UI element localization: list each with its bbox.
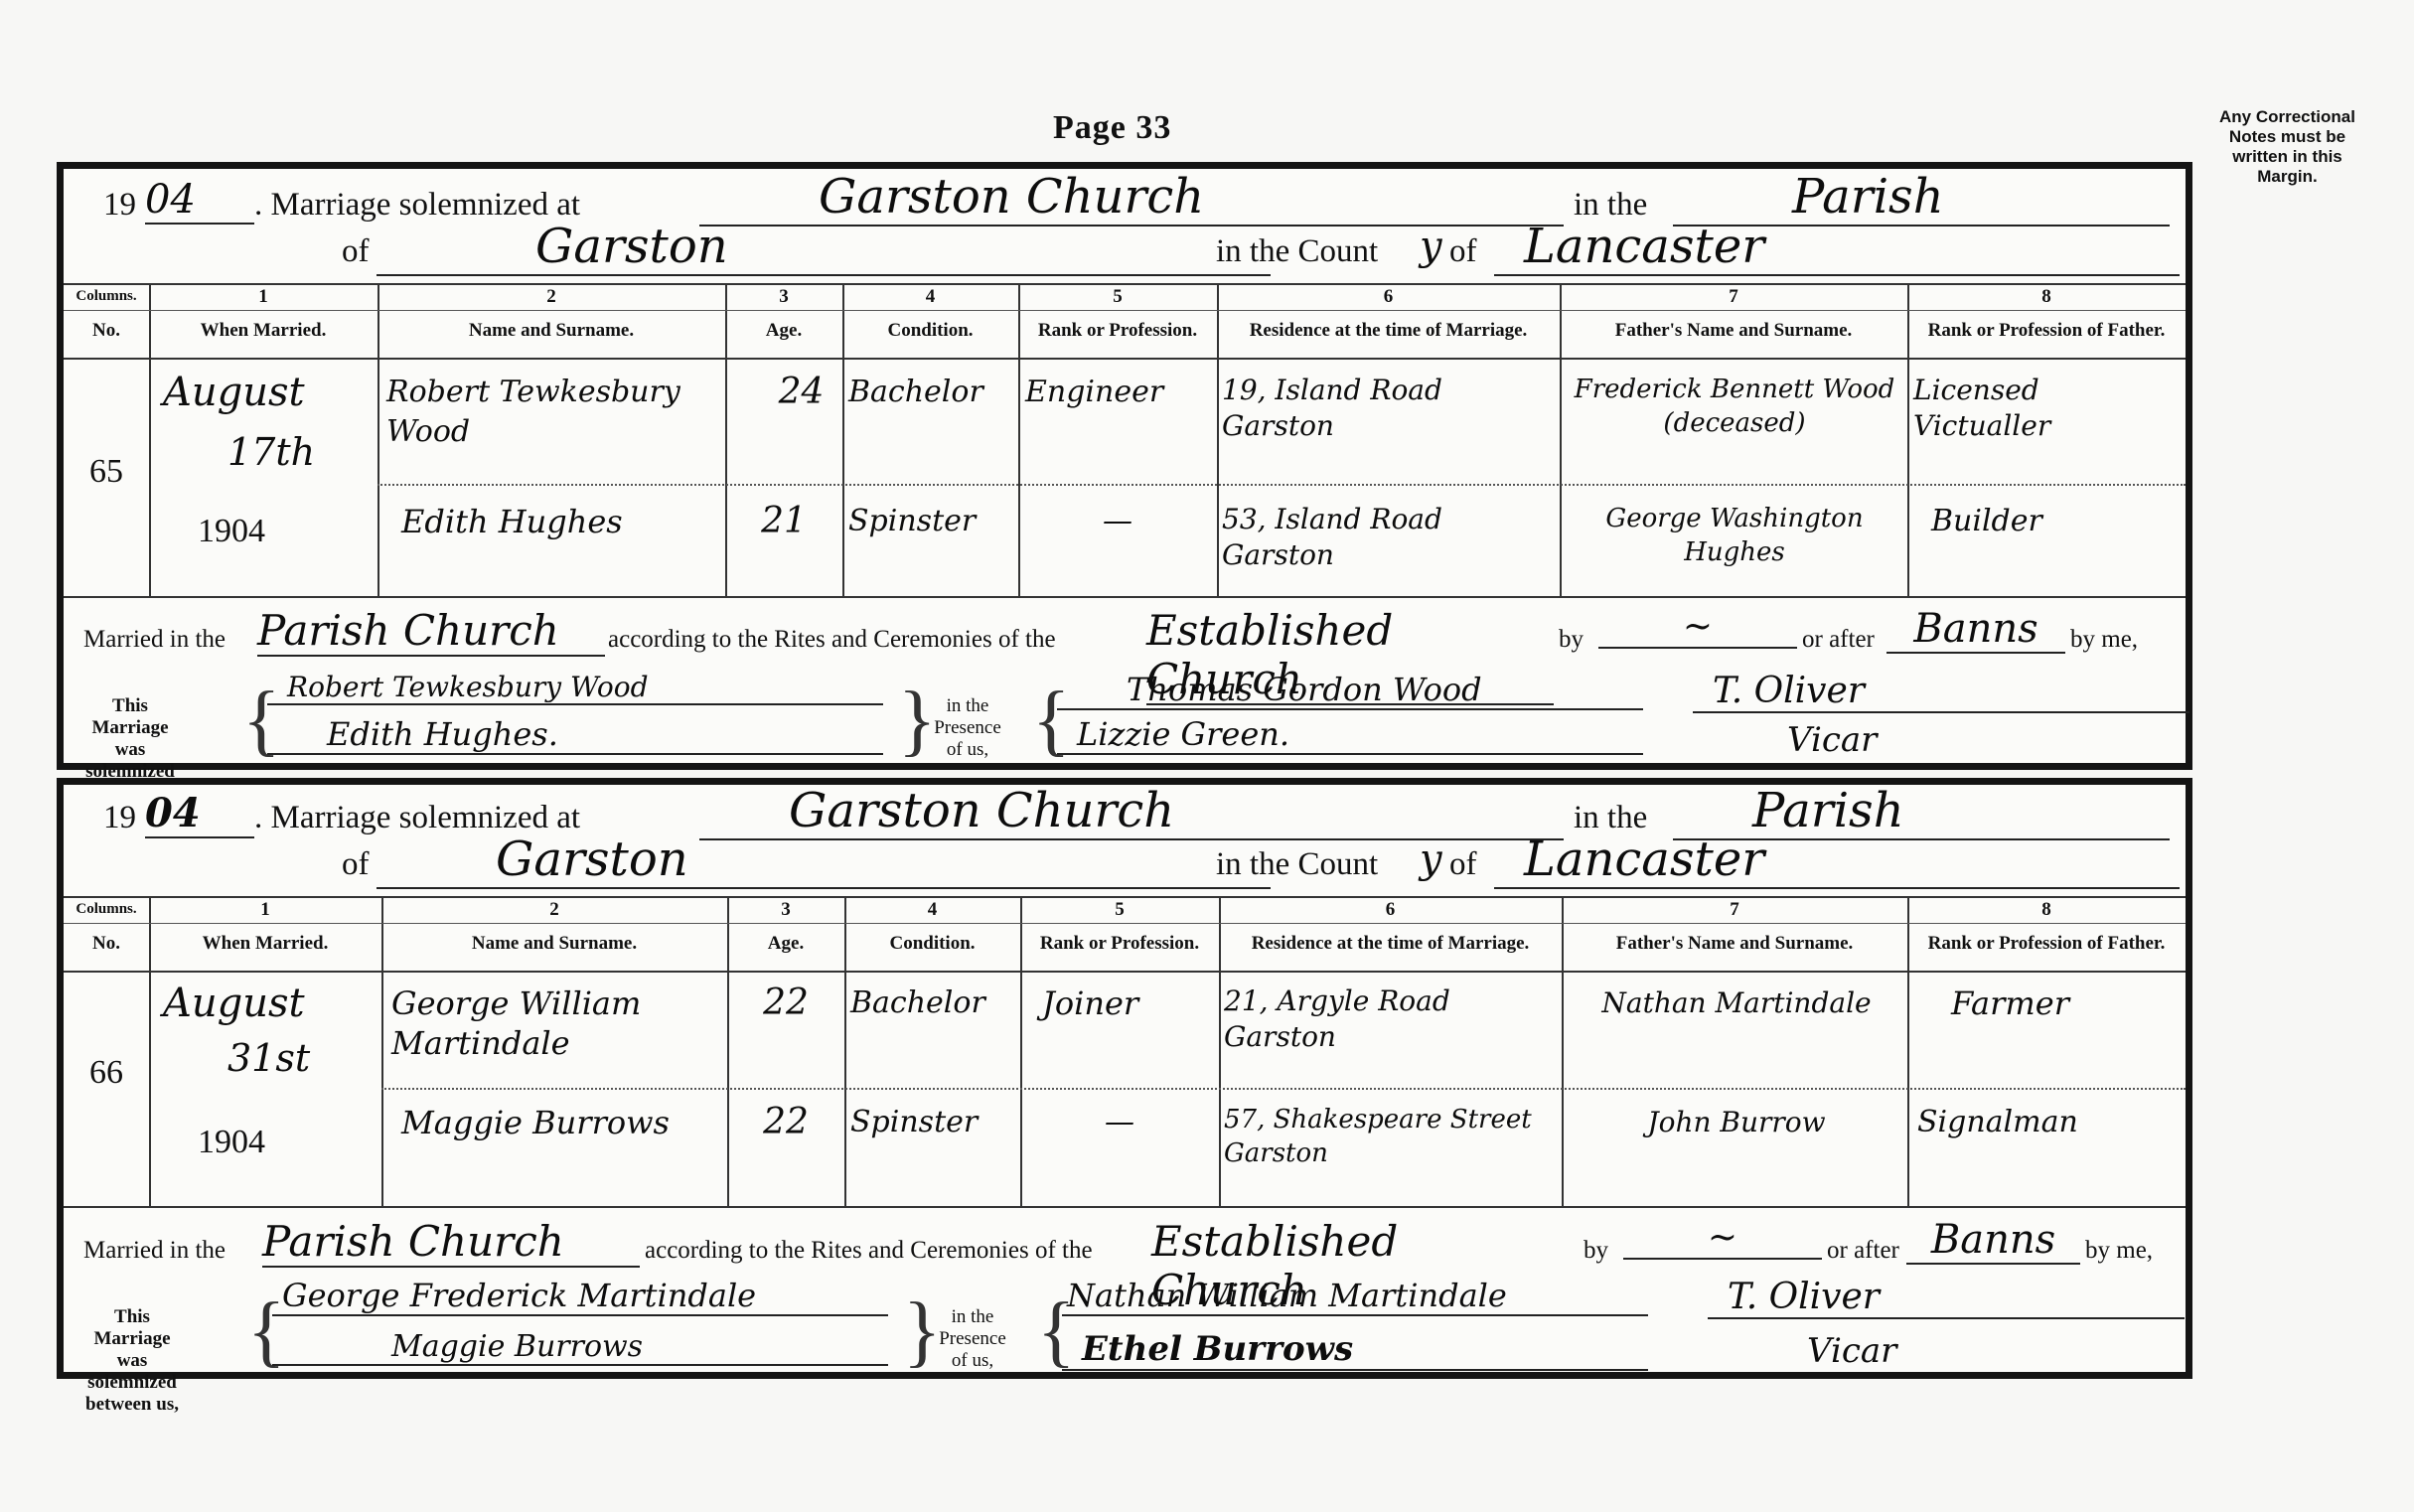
by-licence: ~ bbox=[1623, 1217, 1822, 1260]
col-number: 3 bbox=[727, 899, 844, 921]
when-married-year: 1904 bbox=[198, 512, 265, 551]
col-number: 1 bbox=[149, 286, 377, 308]
header-father-rank: Rank or Profession of Father. bbox=[1907, 320, 2186, 342]
married-in-label: Married in the bbox=[83, 626, 226, 654]
groom-signature: George Frederick Martindale bbox=[272, 1277, 888, 1316]
header-father-name: Father's Name and Surname. bbox=[1560, 320, 1907, 342]
col-number: 5 bbox=[1020, 899, 1219, 921]
margin-note: Any Correctional Notes must be written i… bbox=[2200, 107, 2374, 187]
entry-year: 04 bbox=[145, 790, 254, 838]
header-residence: Residence at the time of Marriage. bbox=[1219, 933, 1562, 955]
bride-rank: — bbox=[1018, 502, 1217, 541]
header-father-rank: Rank or Profession of Father. bbox=[1907, 933, 2186, 955]
married-in-place: Parish Church bbox=[262, 1217, 640, 1268]
bride-father-name: George Washington Hughes bbox=[1566, 502, 1903, 569]
groom-age: 22 bbox=[727, 983, 844, 1023]
bride-age: 22 bbox=[727, 1103, 844, 1142]
entry-number: 65 bbox=[64, 452, 149, 492]
bride-name: Edith Hughes bbox=[401, 502, 623, 541]
groom-residence: 19, Island Road Garston bbox=[1222, 373, 1555, 444]
entry-county: Lancaster bbox=[1494, 219, 2180, 276]
header-residence: Residence at the time of Marriage. bbox=[1217, 320, 1560, 342]
according-to-label: according to the Rites and Ceremonies of… bbox=[608, 626, 1056, 654]
col-number: 5 bbox=[1018, 286, 1217, 308]
in-presence-label: in the Presence of us, bbox=[933, 1306, 1012, 1372]
col-number: 6 bbox=[1217, 286, 1560, 308]
header-condition: Condition. bbox=[842, 320, 1018, 342]
county-of-label: of bbox=[1449, 846, 1477, 883]
groom-residence: 21, Argyle Road Garston bbox=[1224, 983, 1557, 1055]
header-father-name: Father's Name and Surname. bbox=[1562, 933, 1907, 955]
in-presence-label: in the Presence of us, bbox=[928, 695, 1007, 761]
entry-number: 66 bbox=[64, 1053, 149, 1093]
officiant-signature: T. Oliver bbox=[1693, 671, 2189, 713]
bride-father-rank: Builder bbox=[1931, 502, 2042, 541]
bride-residence: 57, Shakespeare Street Garston bbox=[1224, 1103, 1557, 1170]
bride-age: 21 bbox=[725, 502, 842, 541]
bride-condition: Spinster bbox=[848, 502, 976, 541]
header-rank: Rank or Profession. bbox=[1020, 933, 1219, 955]
header-age: Age. bbox=[727, 933, 844, 955]
county-suffix: y bbox=[1420, 836, 1442, 882]
by-licence: ~ bbox=[1598, 606, 1797, 649]
officiant-title: Vicar bbox=[1807, 1331, 1896, 1371]
according-to-label: according to the Rites and Ceremonies of… bbox=[645, 1237, 1093, 1265]
by-label: by bbox=[1559, 626, 1584, 654]
married-in-place: Parish Church bbox=[257, 606, 605, 657]
columns-label: Columns. bbox=[64, 288, 149, 305]
entry-of-place: Garston bbox=[377, 219, 1271, 276]
by-me-label: by me, bbox=[2070, 626, 2138, 654]
col-number: 1 bbox=[149, 899, 381, 921]
when-married-day: 17th bbox=[227, 432, 315, 472]
after-banns: Banns bbox=[1906, 1217, 2080, 1265]
groom-father-name: Nathan Martindale bbox=[1568, 983, 1905, 1023]
county-label: in the Count bbox=[1216, 233, 1378, 270]
header-no: No. bbox=[64, 933, 149, 955]
or-after-label: or after bbox=[1802, 626, 1875, 654]
by-label: by bbox=[1584, 1237, 1608, 1265]
groom-father-rank: Farmer bbox=[1951, 983, 2069, 1023]
groom-name: George William Martindale bbox=[391, 983, 719, 1063]
witness-2: Lizzie Green. bbox=[1057, 715, 1643, 755]
groom-condition: Bachelor bbox=[848, 373, 983, 412]
witness-1: Thomas Gordon Wood bbox=[1057, 671, 1643, 710]
groom-rank: Joiner bbox=[1042, 983, 1138, 1023]
entry-year: 04 bbox=[145, 177, 254, 225]
col-number: 2 bbox=[381, 899, 727, 921]
bride-father-name: John Burrow bbox=[1568, 1103, 1905, 1142]
officiant-title: Vicar bbox=[1787, 720, 1877, 760]
bride-residence: 53, Island Road Garston bbox=[1222, 502, 1555, 573]
columns-label: Columns. bbox=[64, 901, 149, 918]
col-number: 8 bbox=[1907, 899, 2186, 921]
witness-1: Nathan William Martindale bbox=[1062, 1277, 1648, 1316]
entry-county: Lancaster bbox=[1494, 832, 2180, 889]
bride-rank: — bbox=[1020, 1103, 1219, 1142]
col-number: 3 bbox=[725, 286, 842, 308]
or-after-label: or after bbox=[1827, 1237, 1899, 1265]
this-marriage-label: This Marriage was solemnized between us, bbox=[77, 1306, 187, 1416]
groom-father-rank: Licensed Victualler bbox=[1913, 373, 2182, 444]
year-prefix: 19 bbox=[103, 187, 136, 224]
groom-condition: Bachelor bbox=[850, 983, 985, 1023]
married-in-label: Married in the bbox=[83, 1237, 226, 1265]
header-rank: Rank or Profession. bbox=[1018, 320, 1217, 342]
bride-father-rank: Signalman bbox=[1917, 1103, 2078, 1142]
officiant-signature: T. Oliver bbox=[1708, 1277, 2185, 1319]
header-name: Name and Surname. bbox=[381, 933, 727, 955]
header-condition: Condition. bbox=[844, 933, 1020, 955]
page-title: Page 33 bbox=[1053, 109, 1171, 147]
when-married-year: 1904 bbox=[198, 1123, 265, 1162]
bride-signature: Edith Hughes. bbox=[267, 715, 883, 755]
header-when-married: When Married. bbox=[149, 933, 381, 955]
groom-signature: Robert Tewkesbury Wood bbox=[267, 671, 883, 705]
col-number: 6 bbox=[1219, 899, 1562, 921]
groom-age: 24 bbox=[744, 373, 858, 412]
by-me-label: by me, bbox=[2085, 1237, 2153, 1265]
witness-2: Ethel Burrows bbox=[1062, 1329, 1648, 1371]
bride-condition: Spinster bbox=[850, 1103, 978, 1142]
when-married-month: August bbox=[163, 373, 305, 412]
bride-signature: Maggie Burrows bbox=[272, 1329, 888, 1366]
county-of-label: of bbox=[1449, 233, 1477, 270]
col-number: 7 bbox=[1562, 899, 1907, 921]
groom-rank: Engineer bbox=[1025, 373, 1163, 412]
col-number: 4 bbox=[842, 286, 1018, 308]
header-name: Name and Surname. bbox=[377, 320, 725, 342]
marriage-entry-66: 19 04 . Marriage solemnized at Garston C… bbox=[57, 778, 2192, 1379]
col-number: 7 bbox=[1560, 286, 1907, 308]
county-suffix: y bbox=[1420, 224, 1442, 269]
bride-name: Maggie Burrows bbox=[401, 1103, 670, 1142]
when-married-month: August bbox=[163, 983, 305, 1023]
col-number: 8 bbox=[1907, 286, 2186, 308]
county-label: in the Count bbox=[1216, 846, 1378, 883]
after-banns: Banns bbox=[1886, 606, 2065, 654]
of-label: of bbox=[342, 846, 370, 883]
groom-father-name: Frederick Bennett Wood (deceased) bbox=[1566, 373, 1903, 440]
marriage-entry-65: 19 04 . Marriage solemnized at Garston C… bbox=[57, 162, 2192, 770]
header-no: No. bbox=[64, 320, 149, 342]
when-married-day: 31st bbox=[227, 1038, 310, 1078]
header-age: Age. bbox=[725, 320, 842, 342]
year-prefix: 19 bbox=[103, 800, 136, 836]
entry-of-place: Garston bbox=[377, 832, 1271, 889]
col-number: 4 bbox=[844, 899, 1020, 921]
col-number: 2 bbox=[377, 286, 725, 308]
groom-name: Robert Tewkesbury Wood bbox=[386, 373, 724, 452]
of-label: of bbox=[342, 233, 370, 270]
header-when-married: When Married. bbox=[149, 320, 377, 342]
